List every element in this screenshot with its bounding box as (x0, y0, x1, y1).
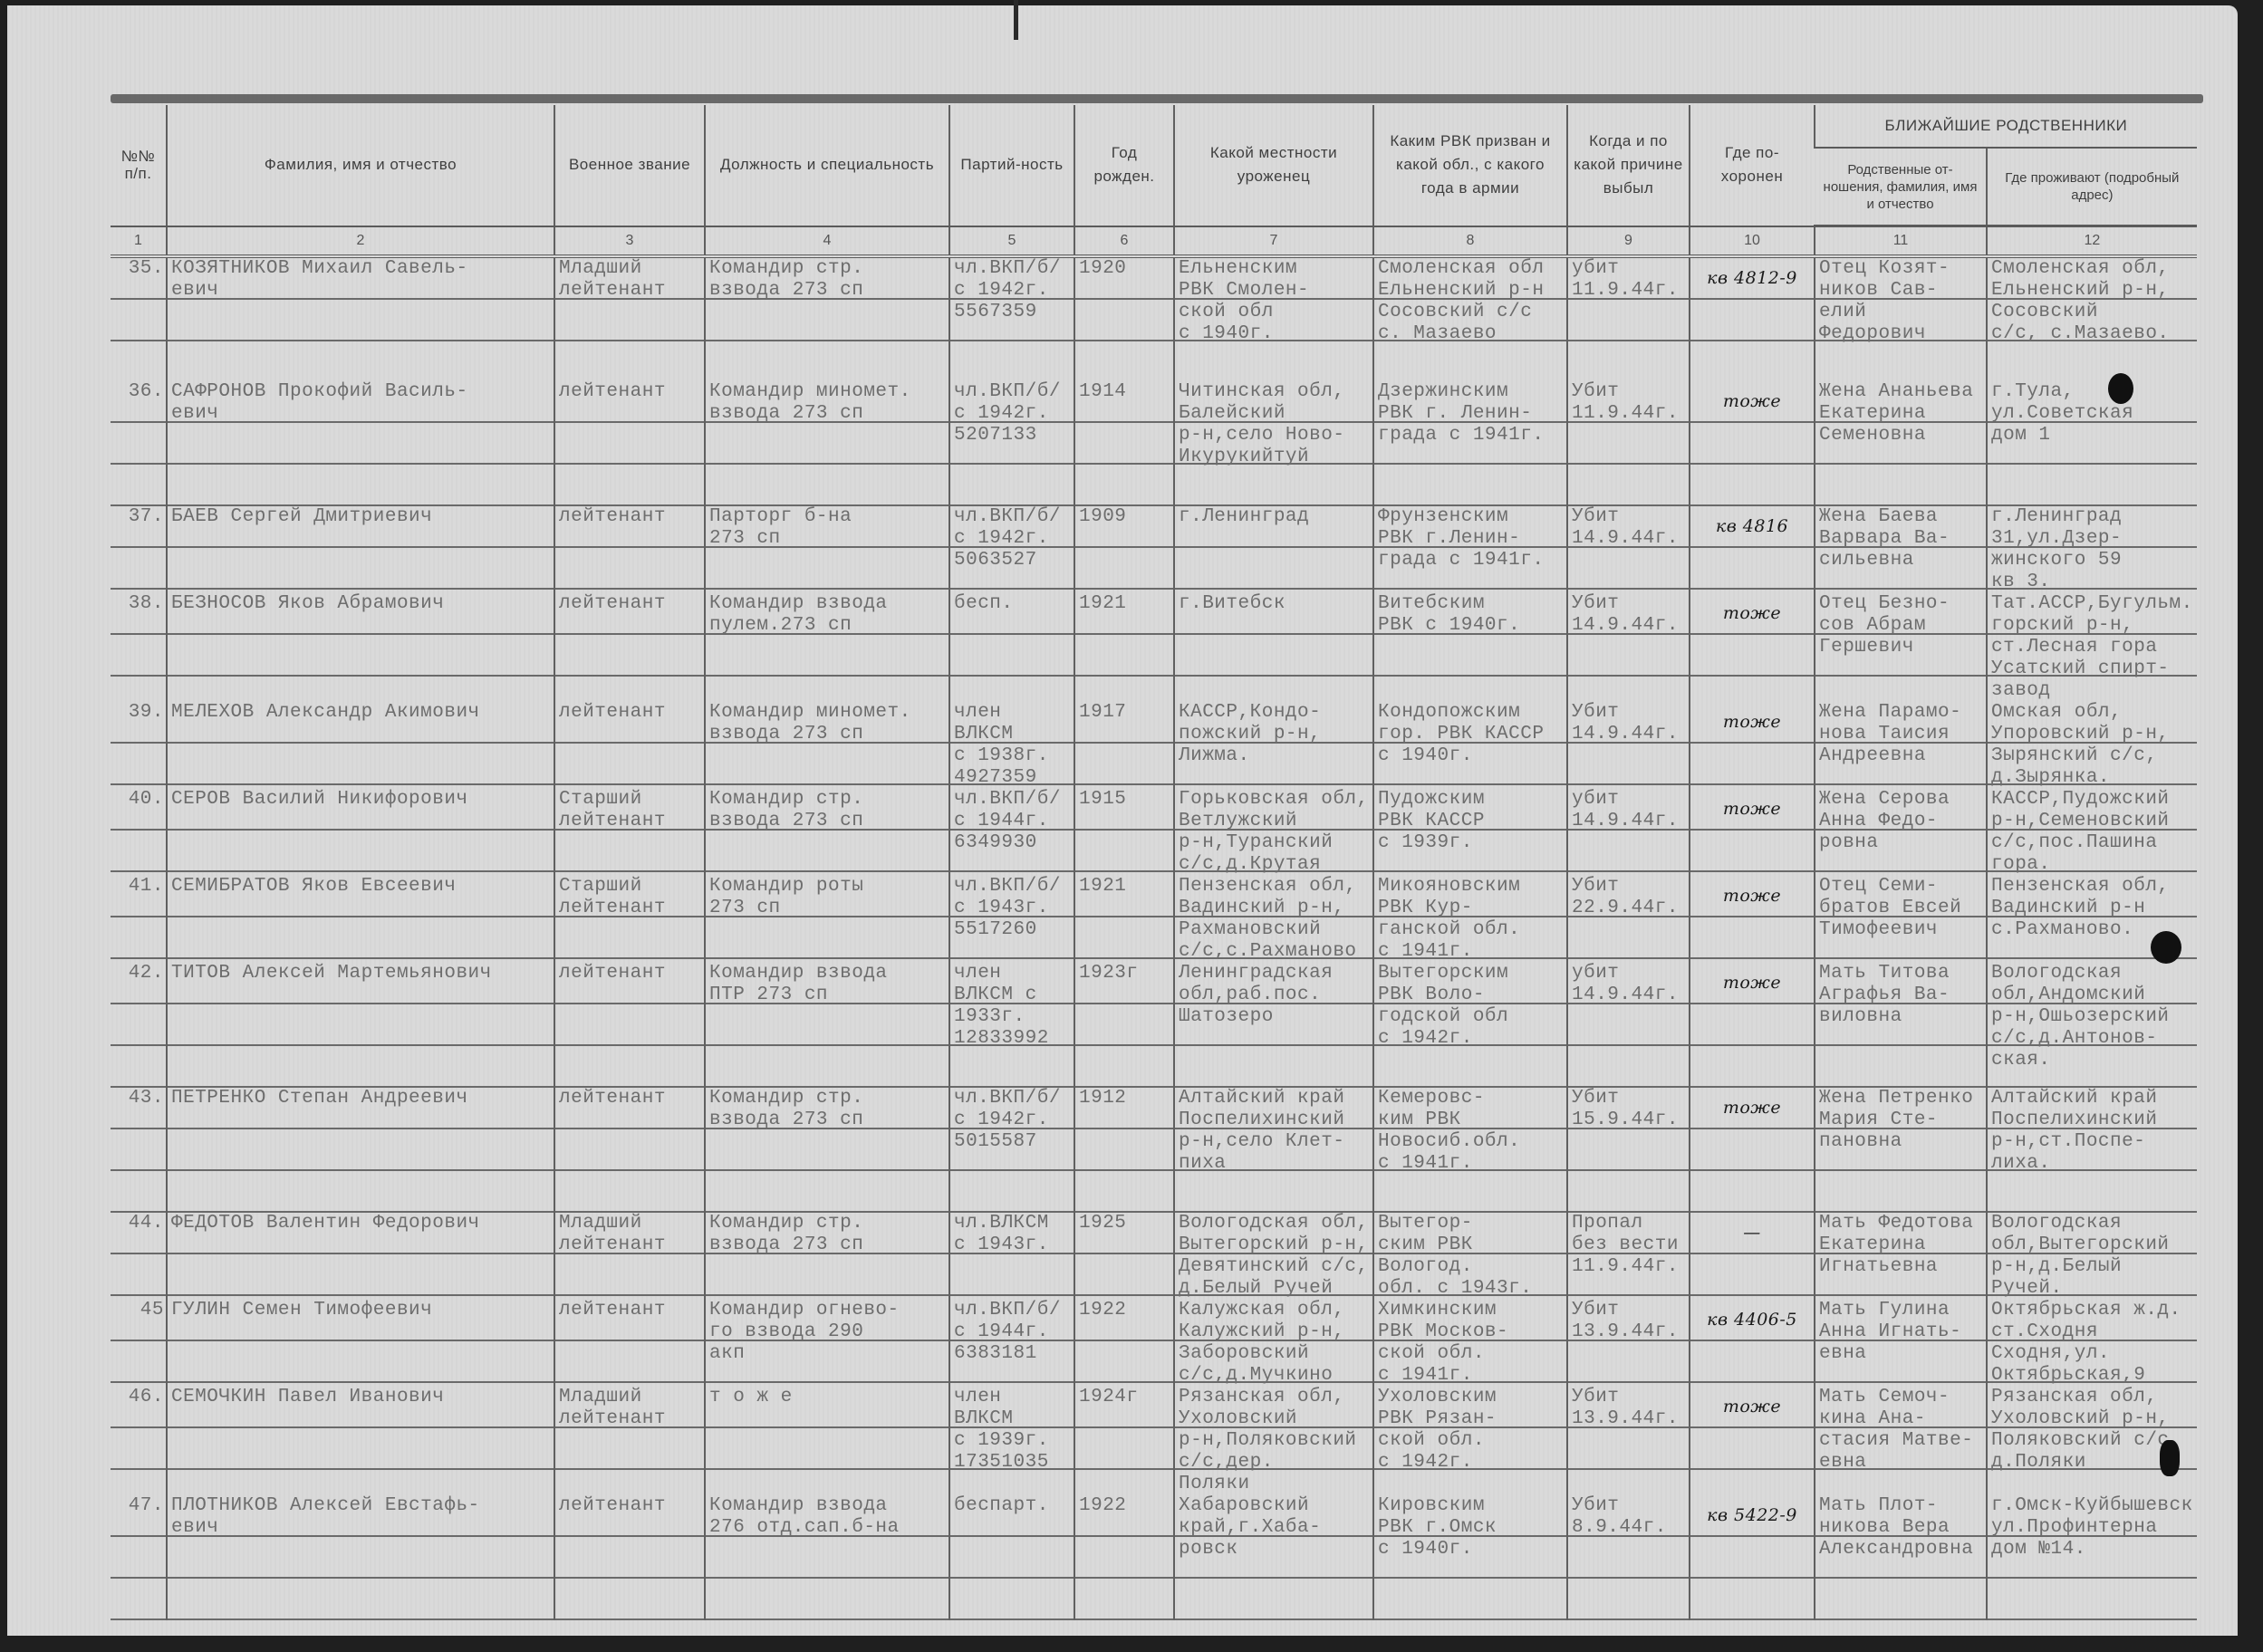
cell-relative: Мать Титова Аграфья Ва- виловна (1815, 963, 1987, 1088)
cell-full-name: ПЕТРЕНКО Степан Андреевич (167, 1088, 554, 1213)
cell-party: член ВЛКСМ с 1933г. 12833992 (949, 963, 1074, 1088)
table-row: 43. ПЕТРЕНКО Степан Андреевич лейтенант … (111, 1088, 2197, 1213)
col-num-8: 8 (1373, 226, 1567, 257)
cell-address: Тат.АССР,Бугульм. горский р-н, ст.Лесная… (1987, 593, 2197, 702)
ink-stain (2108, 373, 2133, 404)
cell-relative: Жена Петренко Мария Сте- пановна (1815, 1088, 1987, 1213)
cell-fate: Убит 14.9.44г. (1567, 593, 1690, 702)
cell-fate: убит 11.9.44г. (1567, 256, 1690, 381)
col-header-2: Фамилия, имя и отчество (167, 105, 554, 226)
cell-burial: тоже (1690, 381, 1815, 506)
cell-number: 44. (111, 1213, 167, 1300)
table-row: 37. БАЕВ Сергей Дмитриевич лейтенант Пар… (111, 506, 2197, 593)
cell-draft-office: Ухоловским РВК Рязан- ской обл. с 1942г. (1373, 1387, 1567, 1495)
cell-birthplace: КАССР,Кондо- пожский р-н, Лижма. (1174, 702, 1373, 789)
cell-draft-office: Вытегорским РВК Воло- годской обл с 1942… (1373, 963, 1567, 1088)
cell-fate: убит 14.9.44г. (1567, 963, 1690, 1088)
cell-birthplace: г.Ленинград (1174, 506, 1373, 593)
cell-full-name: ПЛОТНИКОВ Алексей Евстафь- евич (167, 1495, 554, 1620)
cell-full-name: КОЗЯТНИКОВ Михаил Савель- евич (167, 256, 554, 381)
casualty-table: №№ п/п. Фамилия, имя и отчество Военное … (111, 105, 2197, 1620)
cell-party: беспарт. (949, 1495, 1074, 1620)
cell-number: 41. (111, 876, 167, 963)
cell-draft-office: Химкинским РВК Москов- ской обл. с 1941г… (1373, 1300, 1567, 1387)
cell-rank: лейтенант (554, 963, 705, 1088)
cell-number: 43. (111, 1088, 167, 1213)
cell-address: КАССР,Пудожский р-н,Семеновский с/с,пос.… (1987, 789, 2197, 876)
cell-address: Смоленская обл, Ельненский р-н, Сосовски… (1987, 256, 2197, 381)
cell-burial: кв 4406-5 (1690, 1300, 1815, 1387)
cell-rank: лейтенант (554, 593, 705, 702)
cell-relative: Отец Семи- братов Евсей Тимофеевич (1815, 876, 1987, 963)
cell-birth-year: 1917 (1074, 702, 1174, 789)
cell-draft-office: Фрунзенским РВК г.Ленин- града с 1941г. (1373, 506, 1567, 593)
cell-birth-year: 1920 (1074, 256, 1174, 381)
cell-rank: лейтенант (554, 702, 705, 789)
table-row: 46. СЕМОЧКИН Павел Иванович Младший лейт… (111, 1387, 2197, 1495)
cell-draft-office: Витебским РВК с 1940г. (1373, 593, 1567, 702)
cell-draft-office: Смоленская обл Ельненский р-н Сосовский … (1373, 256, 1567, 381)
cell-relative: Мать Плот- никова Вера Александровна (1815, 1495, 1987, 1620)
cell-number: 36. (111, 381, 167, 506)
cell-burial: тоже (1690, 1387, 1815, 1495)
cell-draft-office: Дзержинским РВК г. Ленин- града с 1941г. (1373, 381, 1567, 506)
cell-rank: лейтенант (554, 381, 705, 506)
cell-party: чл.ВЛКСМ с 1943г. (949, 1213, 1074, 1300)
cell-birth-year: 1914 (1074, 381, 1174, 506)
cell-party: чл.ВКП/б/ с 1943г. 5517260 (949, 876, 1074, 963)
cell-birthplace: Калужская обл, Калужский р-н, Заборовски… (1174, 1300, 1373, 1387)
cell-fate: Убит 13.9.44г. (1567, 1300, 1690, 1387)
ink-stain (2160, 1440, 2180, 1476)
cell-birthplace: Вологодская обл, Вытегорский р-н, Девяти… (1174, 1213, 1373, 1300)
cell-birthplace: Хабаровский край,г.Хаба- ровск (1174, 1495, 1373, 1620)
cell-relative: Мать Гулина Анна Игнать- евна (1815, 1300, 1987, 1387)
cell-birth-year: 1922 (1074, 1495, 1174, 1620)
cell-birth-year: 1925 (1074, 1213, 1174, 1300)
col-num-3: 3 (554, 226, 705, 257)
cell-number: 45 (111, 1300, 167, 1387)
col-num-10: 10 (1690, 226, 1815, 257)
group-header-relatives: БЛИЖАЙШИЕ РОДСТВЕННИКИ (1815, 105, 2197, 148)
col-header-7: Какой местности уроженец (1174, 105, 1373, 226)
cell-burial: тоже (1690, 702, 1815, 789)
col-header-8: Каким РВК призван и какой обл., с какого… (1373, 105, 1567, 226)
cell-position: Командир миномет. взвода 273 сп (705, 702, 949, 789)
cell-birthplace: Ленинградская обл,раб.пос. Шатозеро (1174, 963, 1373, 1088)
col-header-12: Где проживают (подробный адрес) (1987, 148, 2197, 226)
cell-address: Вологодская обл,Андомский р-н,Ошьозерски… (1987, 963, 2197, 1088)
cell-rank: лейтенант (554, 1300, 705, 1387)
cell-draft-office: Вытегор- ским РВК Вологод. обл. с 1943г. (1373, 1213, 1567, 1300)
table-row: 44. ФЕДОТОВ Валентин Федорович Младший л… (111, 1213, 2197, 1300)
cell-address: Омская обл, Упоровский р-н, Зырянский с/… (1987, 702, 2197, 789)
cell-address: г.Тула, ул.Советская дом 1 (1987, 381, 2197, 506)
col-num-4: 4 (705, 226, 949, 257)
cell-position: Командир стр. взвода 273 сп (705, 1088, 949, 1213)
cell-birthplace: Алтайский край Поспелихинский р-н,село К… (1174, 1088, 1373, 1213)
cell-position: Командир стр. взвода 273 сп (705, 256, 949, 381)
cell-full-name: ТИТОВ Алексей Мартемьянович (167, 963, 554, 1088)
col-header-9: Когда и по какой причине выбыл (1567, 105, 1690, 226)
cell-number: 35. (111, 256, 167, 381)
cell-full-name: СЕРОВ Василий Никифорович (167, 789, 554, 876)
cell-number: 46. (111, 1387, 167, 1495)
cell-party: чл.ВКП/б/ с 1944г. 6349930 (949, 789, 1074, 876)
table-row: 38. БЕЗНОСОВ Яков Абрамович лейтенант Ко… (111, 593, 2197, 702)
cell-fate: Убит 14.9.44г. (1567, 702, 1690, 789)
cell-birth-year: 1915 (1074, 789, 1174, 876)
col-num-1: 1 (111, 226, 167, 257)
table-row: 42. ТИТОВ Алексей Мартемьянович лейтенан… (111, 963, 2197, 1088)
cell-position: Командир стр. взвода 273 сп (705, 1213, 949, 1300)
cell-burial: кв 5422-9 (1690, 1495, 1815, 1620)
cell-party: бесп. (949, 593, 1074, 702)
cell-birth-year: 1923г (1074, 963, 1174, 1088)
cell-burial: кв 4816 (1690, 506, 1815, 593)
cell-draft-office: Микояновским РВК Кур- ганской обл. с 194… (1373, 876, 1567, 963)
cell-burial: тоже (1690, 789, 1815, 876)
cell-full-name: СЕМИБРАТОВ Яков Евсеевич (167, 876, 554, 963)
cell-party: чл.ВКП/б/ с 1944г. 6383181 (949, 1300, 1074, 1387)
cell-fate: Убит 14.9.44г. (1567, 506, 1690, 593)
cell-number: 42. (111, 963, 167, 1088)
cell-full-name: БЕЗНОСОВ Яков Абрамович (167, 593, 554, 702)
cell-position: Командир взвода пулем.273 сп (705, 593, 949, 702)
cell-address: Вологодская обл,Вытегорский р-н,д.Белый … (1987, 1213, 2197, 1300)
col-num-7: 7 (1174, 226, 1373, 257)
cell-birth-year: 1909 (1074, 506, 1174, 593)
cell-relative: Жена Парамо- нова Таисия Андреевна (1815, 702, 1987, 789)
cell-rank: Младший лейтенант (554, 256, 705, 381)
cell-position: Командир миномет. взвода 273 сп (705, 381, 949, 506)
cell-fate: Пропал без вести 11.9.44г. (1567, 1213, 1690, 1300)
ink-stain (2151, 931, 2181, 964)
cell-address: Октябрьская ж.д. ст.Сходня Сходня,ул. Ок… (1987, 1300, 2197, 1387)
cell-rank: лейтенант (554, 1495, 705, 1620)
col-num-9: 9 (1567, 226, 1690, 257)
col-num-12: 12 (1987, 226, 2197, 257)
col-header-10: Где по-хоронен (1690, 105, 1815, 226)
cell-full-name: САФРОНОВ Прокофий Василь- евич (167, 381, 554, 506)
cell-draft-office: Кемеровс- ким РВК Новосиб.обл. с 1941г. (1373, 1088, 1567, 1213)
cell-number: 38. (111, 593, 167, 702)
cell-address: г.Омск-Куйбышевск ул.Профинтерна дом №14… (1987, 1495, 2197, 1620)
cell-party: чл.ВКП/б/ с 1942г. 5567359 (949, 256, 1074, 381)
cell-number: 40. (111, 789, 167, 876)
cell-fate: Убит 11.9.44г. (1567, 381, 1690, 506)
cell-relative: Жена Ананьева Екатерина Семеновна (1815, 381, 1987, 506)
cell-relative: Жена Баева Варвара Ва- сильевна (1815, 506, 1987, 593)
table-row: 35. КОЗЯТНИКОВ Михаил Савель- евич Младш… (111, 256, 2197, 381)
table-row: 47. ПЛОТНИКОВ Алексей Евстафь- евич лейт… (111, 1495, 2197, 1620)
cell-party: чл.ВКП/б/ с 1942г. 5063527 (949, 506, 1074, 593)
cell-address: г.Ленинград 31,ул.Дзер- жинского 59 кв 3… (1987, 506, 2197, 593)
cell-address: Алтайский край Поспелихинский р-н,ст.Пос… (1987, 1088, 2197, 1213)
cell-birth-year: 1912 (1074, 1088, 1174, 1213)
cell-number: 37. (111, 506, 167, 593)
cell-position: Командир стр. взвода 273 сп (705, 789, 949, 876)
cell-rank: лейтенант (554, 506, 705, 593)
cell-relative: Отец Козят- ников Сав- елий Федорович (1815, 256, 1987, 381)
cell-full-name: МЕЛЕХОВ Александр Акимович (167, 702, 554, 789)
cell-full-name: ФЕДОТОВ Валентин Федорович (167, 1213, 554, 1300)
cell-burial: кв 4812-9 (1690, 256, 1815, 381)
col-header-5: Партий-ность (949, 105, 1074, 226)
cell-relative: Отец Безно- сов Абрам Гершевич (1815, 593, 1987, 702)
cell-burial: тоже (1690, 876, 1815, 963)
table-row: 41. СЕМИБРАТОВ Яков Евсеевич Старший лей… (111, 876, 2197, 963)
cell-birth-year: 1924г (1074, 1387, 1174, 1495)
cell-burial: тоже (1690, 963, 1815, 1088)
cell-burial: тоже (1690, 593, 1815, 702)
cell-rank: Младший лейтенант (554, 1387, 705, 1495)
table-row: 45 ГУЛИН Семен Тимофеевич лейтенант Кома… (111, 1300, 2197, 1387)
col-header-1: №№ п/п. (111, 105, 167, 226)
cell-full-name: БАЕВ Сергей Дмитриевич (167, 506, 554, 593)
col-header-3: Военное звание (554, 105, 705, 226)
cell-position: т о ж е (705, 1387, 949, 1495)
cell-birthplace: Пензенская обл, Вадинский р-н, Рахмановс… (1174, 876, 1373, 963)
col-num-11: 11 (1815, 226, 1987, 257)
col-num-5: 5 (949, 226, 1074, 257)
cell-rank: лейтенант (554, 1088, 705, 1213)
cell-draft-office: Пудожским РВК КАССР с 1939г. (1373, 789, 1567, 876)
top-rule (111, 94, 2203, 103)
cell-full-name: СЕМОЧКИН Павел Иванович (167, 1387, 554, 1495)
cell-fate: Убит 22.9.44г. (1567, 876, 1690, 963)
cell-rank: Младший лейтенант (554, 1213, 705, 1300)
cell-birthplace: Читинская обл, Балейский р-н,село Ново- … (1174, 381, 1373, 506)
cell-birthplace: Ельненским РВК Смолен- ской обл с 1940г. (1174, 256, 1373, 381)
cell-position: Командир роты 273 сп (705, 876, 949, 963)
cell-party: чл.ВКП/б/ с 1942г. 5015587 (949, 1088, 1074, 1213)
cell-relative: Мать Семоч- кина Ана- стасия Матве- евна (1815, 1387, 1987, 1495)
cell-relative: Мать Федотова Екатерина Игнатьевна (1815, 1213, 1987, 1300)
cell-burial: тоже (1690, 1088, 1815, 1213)
cell-draft-office: Кировским РВК г.Омск с 1940г. (1373, 1495, 1567, 1620)
cell-draft-office: Кондопожским гор. РВК КАССР с 1940г. (1373, 702, 1567, 789)
cell-birthplace: Горьковская обл, Ветлужский р-н,Турански… (1174, 789, 1373, 876)
cell-position: Командир огнево- го взвода 290 акп (705, 1300, 949, 1387)
cell-birthplace: Рязанская обл, Ухоловский р-н,Поляковски… (1174, 1387, 1373, 1495)
col-header-6: Год рожден. (1074, 105, 1174, 226)
cell-fate: убит 14.9.44г. (1567, 789, 1690, 876)
cell-number: 47. (111, 1495, 167, 1620)
cell-position: Командир взвода 276 отд.сап.б-на (705, 1495, 949, 1620)
cell-party: чл.ВКП/б/ с 1942г. 5207133 (949, 381, 1074, 506)
cell-burial: — (1690, 1213, 1815, 1300)
cell-number: 39. (111, 702, 167, 789)
cell-birth-year: 1922 (1074, 1300, 1174, 1387)
cell-rank: Старший лейтенант (554, 789, 705, 876)
cell-full-name: ГУЛИН Семен Тимофеевич (167, 1300, 554, 1387)
table-row: 40. СЕРОВ Василий Никифорович Старший ле… (111, 789, 2197, 876)
table-row: 36. САФРОНОВ Прокофий Василь- евич лейте… (111, 381, 2197, 506)
col-num-2: 2 (167, 226, 554, 257)
cell-fate: Убит 13.9.44г. (1567, 1387, 1690, 1495)
col-header-4: Должность и специальность (705, 105, 949, 226)
cell-birth-year: 1921 (1074, 593, 1174, 702)
cell-birthplace: г.Витебск (1174, 593, 1373, 702)
cell-position: Парторг б-на 273 сп (705, 506, 949, 593)
table-row: 39. МЕЛЕХОВ Александр Акимович лейтенант… (111, 702, 2197, 789)
cell-fate: Убит 8.9.44г. (1567, 1495, 1690, 1620)
col-header-11: Родственные от-ношения, фамилия, имя и о… (1815, 148, 1987, 226)
cell-relative: Жена Серова Анна Федо- ровна (1815, 789, 1987, 876)
cell-rank: Старший лейтенант (554, 876, 705, 963)
cell-birth-year: 1921 (1074, 876, 1174, 963)
cell-position: Командир взвода ПТР 273 сп (705, 963, 949, 1088)
paper-tear (1014, 0, 1018, 40)
cell-party: член ВЛКСМ с 1939г. 17351035 (949, 1387, 1074, 1495)
cell-party: член ВЛКСМ с 1938г. 4927359 (949, 702, 1074, 789)
col-num-6: 6 (1074, 226, 1174, 257)
cell-fate: Убит 15.9.44г. (1567, 1088, 1690, 1213)
